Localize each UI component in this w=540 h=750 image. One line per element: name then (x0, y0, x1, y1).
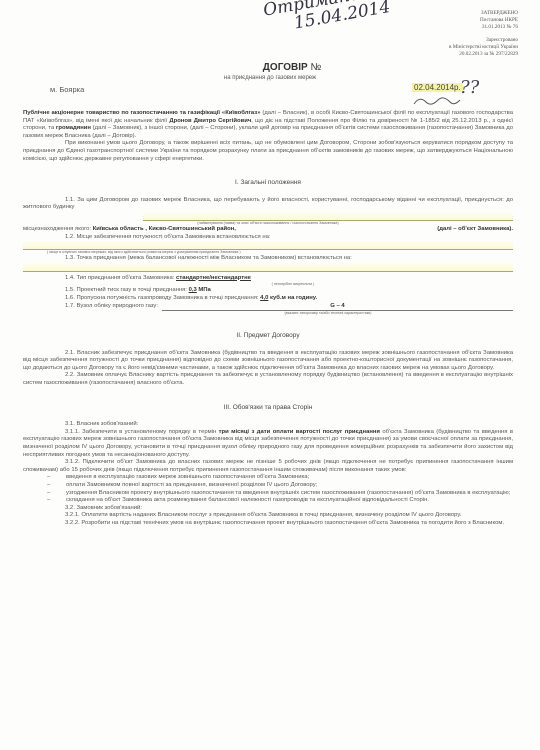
clause-1-7-label: 1.7. Вузол обліку природного газу: (65, 303, 158, 312)
section-3-title: ІІІ. Обов'язки та права Сторін (23, 404, 513, 412)
condition-text: складання на об'єкт Замовника акта розме… (66, 497, 429, 505)
condition-text: оплати Замовником повної вартості за при… (66, 482, 317, 490)
citizen-label: громадянин (56, 125, 91, 131)
clause-3-1-2: 3.1.2. Підключити об'єкт Замовника до вл… (23, 459, 513, 474)
clause-3-2: 3.2. Замовник зобов'язаний: (23, 505, 513, 513)
document-body: Публічне акціонерне товариство по газопо… (23, 110, 513, 528)
clause-1-2: 1.2. Місце забезпечення потужності об'єк… (23, 234, 513, 242)
clause-2-2: 2.2. Замовник оплачує Власнику вартість … (23, 372, 513, 387)
clause-1-4-label: 1.4. Тип приєднання об'єкта Замовника: (65, 275, 176, 281)
handwritten-squiggle-icon (412, 96, 462, 106)
stamp-reg-number: 20.02.2013 за № 297/22829 (449, 51, 518, 58)
clause-1-6: 1.6. Пропускна потужність газопроводу За… (23, 295, 513, 303)
clause-1-7: 1.7. Вузол обліку природного газу: G – 4 (23, 303, 513, 312)
approval-stamp: ЗАТВЕРДЖЕНО Постанова НКРЕ 31.01.2013 № … (449, 10, 518, 58)
location-line: місцезнаходження якого: Київська область… (23, 226, 513, 234)
preamble-paragraph: Публічне акціонерне товариство по газопо… (23, 110, 513, 140)
stamp-registered: Зареєстровано (449, 37, 518, 44)
clause-1-5-label: 1.5. Проектний тиск газу в точці приєдна… (65, 287, 189, 293)
clause-1-4: 1.4. Тип приєднання об'єкта Замовника: с… (23, 275, 513, 283)
clause-1-5: 1.5. Проектний тиск газу в точці приєдна… (23, 287, 513, 295)
stamp-decree: Постанова НКРЕ (449, 17, 518, 24)
capacity-unit: куб.м на годину. (268, 295, 317, 301)
contract-date-highlighted: 02.04.2014р. (412, 83, 463, 92)
location-label: місцезнаходження якого: (23, 226, 93, 232)
clause-1-1-fill-line (143, 212, 513, 221)
document-subtitle: на приєднання до газових мереж (0, 75, 540, 81)
condition-item: –складання на об'єкт Замовника акта розм… (23, 497, 513, 505)
clause-1-1: 1.1. За цим Договором до газових мереж В… (23, 197, 513, 212)
clause-3-1: 3.1. Власник зобов'язаний: (23, 421, 513, 429)
pressure-unit: МПа (197, 287, 211, 293)
location-suffix: (далі – об'єкт Замовника). (437, 226, 513, 234)
meter-value: G – 4 (162, 303, 513, 312)
clause-3-1-1: 3.1.1. Забезпечити в установленому поряд… (23, 429, 513, 459)
clause-3-2-1: 3.2.1. Оплатити вартість наданих Власник… (23, 512, 513, 520)
title-number-label: № (310, 62, 321, 73)
handwritten-received-note: Отримано: 15.04.2014 (262, 0, 392, 37)
pressure-value: 0,3 (189, 287, 197, 293)
stamp-approved: ЗАТВЕРДЖЕНО (449, 10, 518, 17)
stamp-ministry: в Міністерстві юстиції України (449, 44, 518, 51)
title-text: ДОГОВІР (263, 62, 308, 73)
clause-3-1-1-a: 3.1.1. Забезпечити в установленому поряд… (65, 429, 219, 435)
handwritten-question-marks: ?? (460, 77, 479, 98)
clause-3-1-1-term: три місяці з дати оплати вартості послуг… (219, 429, 380, 435)
section-1-title: І. Загальні положення (23, 179, 513, 187)
condition-item: –оплати Замовником повної вартості за пр… (23, 482, 513, 490)
stamp-decree-date: 31.01.2013 № 76 (449, 24, 518, 31)
clause-1-3: 1.3. Точка приєднання (межа балансової н… (23, 255, 513, 263)
clause-1-6-label: 1.6. Пропускна потужність газопроводу За… (65, 295, 260, 301)
clause-2-1: 2.1. Власник забезпечує приєднання об'єк… (23, 350, 513, 373)
document-title: ДОГОВІР № на приєднання до газових мереж (0, 62, 540, 81)
clause-1-2-fill-line (23, 241, 513, 250)
preamble-text-c: (далі – Замовник), з іншої сторони, (дал… (23, 125, 513, 139)
clause-1-7-caption: (вказати типорозмір та/або технічні хара… (23, 311, 513, 316)
condition-item: –введення в експлуатацію газових мереж з… (23, 474, 513, 482)
connection-type-value: стандартне/нестандартне (176, 275, 251, 281)
clause-1-3-fill-line (23, 263, 513, 272)
location-value: Київська область , Києво-Святошинський р… (93, 226, 236, 232)
preamble-paragraph-2: При виконанні умов цього Договору, а так… (23, 140, 513, 163)
condition-text: введення в експлуатацію газових мереж зо… (66, 474, 309, 482)
contract-city: м. Боярка (50, 85, 84, 94)
clause-3-2-2: 3.2.2. Розробити на підставі технічних у… (23, 520, 513, 528)
owner-company-name: Публічне акціонерне товариство по газопо… (23, 110, 260, 116)
section-2-title: ІІ. Предмет Договору (23, 332, 513, 340)
branch-head-name: Дронов Дмитро Сергійович (169, 118, 251, 124)
